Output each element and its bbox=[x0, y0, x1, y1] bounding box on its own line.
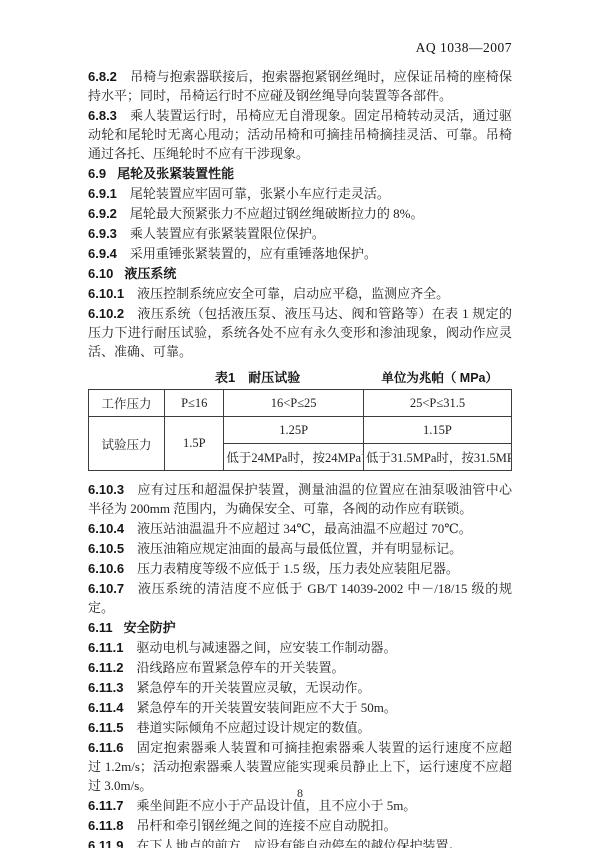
table-cell-work-label: 工作压力 bbox=[89, 390, 165, 417]
clause-paragraph: 6.11.2沿线路应布置紧急停车的开关装置。 bbox=[88, 658, 512, 677]
clause-text: 安全防护 bbox=[124, 620, 176, 635]
clause-number: 6.11.5 bbox=[88, 720, 123, 735]
clause-paragraph: 6.11.3紧急停车的开关装置应灵敏，无误动作。 bbox=[88, 678, 512, 697]
section-heading: 6.9尾轮及张紧装置性能 bbox=[88, 164, 512, 183]
clause-text: 巷道实际倾角不应超过设计规定的数值。 bbox=[136, 720, 370, 735]
clause-number: 6.11.3 bbox=[88, 680, 123, 695]
clause-text: 液压控制系统应安全可靠，启动应平稳，监测应齐全。 bbox=[137, 286, 449, 301]
clause-paragraph: 6.10.5液压油箱应规定油面的最高与最低位置，并有明显标记。 bbox=[88, 539, 512, 558]
clause-number: 6.9 bbox=[88, 166, 106, 181]
table-caption-row: 表1 耐压试验 单位为兆帕（ MPa） bbox=[88, 367, 512, 386]
clause-text: 沿线路应布置紧急停车的开关装置。 bbox=[136, 660, 344, 675]
clause-paragraph: 6.8.2吊椅与抱索器联接后，抱索器抱紧钢丝绳时，应保证吊椅的座椅保持水平；同时… bbox=[88, 67, 512, 105]
clause-number: 6.10.4 bbox=[88, 521, 124, 536]
clause-number: 6.11.8 bbox=[88, 818, 123, 833]
clause-paragraph: 6.11.1驱动电机与减速器之间，应安装工作制动器。 bbox=[88, 638, 512, 657]
table-cell-work-range1: P≤16 bbox=[165, 390, 224, 417]
clause-text: 在下人地点的前方，应设有能自动停车的越位保护装置。 bbox=[136, 838, 461, 848]
clause-number: 6.11.2 bbox=[88, 660, 123, 675]
clause-paragraph: 6.11.4紧急停车的开关装置安装间距应不大于 50m。 bbox=[88, 698, 512, 717]
clause-text: 紧急停车的开关装置安装间距应不大于 50m。 bbox=[136, 700, 396, 715]
clause-text: 液压系统（包括液压泵、液压马达、阀和管路等）在表 1 规定的压力下进行耐压试验，… bbox=[88, 306, 512, 359]
clause-paragraph: 6.10.1液压控制系统应安全可靠，启动应平稳，监测应齐全。 bbox=[88, 284, 512, 303]
clause-number: 6.11.6 bbox=[88, 740, 123, 755]
clause-paragraph: 6.9.1尾轮装置应牢固可靠，张紧小车应行走灵活。 bbox=[88, 184, 512, 203]
clause-number: 6.8.2 bbox=[88, 69, 117, 84]
clause-paragraph: 6.10.7液压系统的清洁度不应低于 GB/T 14039-2002 中－/18… bbox=[88, 579, 512, 617]
clause-number: 6.9.2 bbox=[88, 206, 117, 221]
clause-number: 6.10.6 bbox=[88, 561, 124, 576]
table-row-test-pressure: 试验压力 1.5P 1.25P 1.15P bbox=[89, 417, 512, 444]
document-page: AQ 1038—2007 6.8.2吊椅与抱索器联接后，抱索器抱紧钢丝绳时，应保… bbox=[0, 0, 600, 848]
clause-text: 尾轮装置应牢固可靠，张紧小车应行走灵活。 bbox=[130, 186, 390, 201]
clause-paragraph: 6.11.9在下人地点的前方，应设有能自动停车的越位保护装置。 bbox=[88, 836, 512, 848]
clauses-before-table: 6.8.2吊椅与抱索器联接后，抱索器抱紧钢丝绳时，应保证吊椅的座椅保持水平；同时… bbox=[88, 67, 512, 361]
clause-paragraph: 6.10.3应有过压和超温保护装置，测量油温的位置应在油泵吸油管中心半径为 20… bbox=[88, 480, 512, 518]
document-content: 6.8.2吊椅与抱索器联接后，抱索器抱紧钢丝绳时，应保证吊椅的座椅保持水平；同时… bbox=[88, 66, 512, 848]
clause-number: 6.11.1 bbox=[88, 640, 123, 655]
clause-text: 液压系统 bbox=[124, 266, 176, 281]
clause-number: 6.10.2 bbox=[88, 306, 124, 321]
clause-paragraph: 6.10.6压力表精度等级不应低于 1.5 级，压力表处应装阻尼器。 bbox=[88, 559, 512, 578]
clause-number: 6.10.7 bbox=[88, 581, 124, 596]
clause-text: 液压油箱应规定油面的最高与最低位置，并有明显标记。 bbox=[137, 541, 462, 556]
table-cell-test-label: 试验压力 bbox=[89, 417, 165, 471]
clause-number: 6.11.9 bbox=[88, 838, 123, 848]
clause-text: 紧急停车的开关装置应灵敏，无误动作。 bbox=[136, 680, 370, 695]
clause-text: 吊杆和牵引钢丝绳之间的连接不应自动脱扣。 bbox=[136, 818, 396, 833]
clause-paragraph: 6.9.4采用重锤张紧装置的，应有重锤落地保护。 bbox=[88, 244, 512, 263]
clause-paragraph: 6.10.4液压站油温温升不应超过 34℃，最高油温不应超过 70℃。 bbox=[88, 519, 512, 538]
clause-text: 乘人装置运行时，吊椅应无自滑现象。固定吊椅转动灵活，通过驱动轮和尾轮时无离心甩动… bbox=[88, 108, 512, 161]
section-heading: 6.10液压系统 bbox=[88, 264, 512, 283]
clause-number: 6.10 bbox=[88, 266, 113, 281]
clause-number: 6.9.4 bbox=[88, 246, 117, 261]
table-cell-test-value3: 1.15P bbox=[363, 417, 511, 444]
table-cell-test-value1: 1.5P bbox=[165, 417, 224, 471]
table-cell-work-range3: 25<P≤31.5 bbox=[363, 390, 511, 417]
clause-number: 6.11 bbox=[88, 620, 113, 635]
clause-text: 乘人装置应有张紧装置限位保护。 bbox=[130, 226, 325, 241]
clause-text: 液压站油温温升不应超过 34℃，最高油温不应超过 70℃。 bbox=[137, 521, 472, 536]
table-row-working-pressure: 工作压力 P≤16 16<P≤25 25<P≤31.5 bbox=[89, 390, 512, 417]
clause-number: 6.8.3 bbox=[88, 108, 117, 123]
clause-number: 6.10.1 bbox=[88, 286, 124, 301]
clause-number: 6.11.4 bbox=[88, 700, 123, 715]
clause-paragraph: 6.8.3乘人装置运行时，吊椅应无自滑现象。固定吊椅转动灵活，通过驱动轮和尾轮时… bbox=[88, 106, 512, 163]
clause-text: 应有过压和超温保护装置，测量油温的位置应在油泵吸油管中心半径为 200mm 范围… bbox=[88, 482, 512, 516]
table-unit-label: 单位为兆帕（ MPa） bbox=[381, 368, 512, 386]
table-cell-test-note3: 低于31.5MPa时，按31.5MPa试验 bbox=[363, 444, 511, 471]
clause-text: 压力表精度等级不应低于 1.5 级，压力表处应装阻尼器。 bbox=[137, 561, 459, 576]
table-cell-test-note2: 低于24MPa时，按24MPa试验 bbox=[224, 444, 364, 471]
clause-paragraph: 6.11.8吊杆和牵引钢丝绳之间的连接不应自动脱扣。 bbox=[88, 816, 512, 835]
clause-paragraph: 6.9.2尾轮最大预紧张力不应超过钢丝绳破断拉力的 8%。 bbox=[88, 204, 512, 223]
pressure-test-table: 工作压力 P≤16 16<P≤25 25<P≤31.5 试验压力 1.5P 1.… bbox=[88, 389, 512, 471]
clause-text: 尾轮最大预紧张力不应超过钢丝绳破断拉力的 8%。 bbox=[130, 206, 424, 221]
clause-number: 6.10.5 bbox=[88, 541, 124, 556]
clause-number: 6.10.3 bbox=[88, 482, 124, 497]
clause-text: 尾轮及张紧装置性能 bbox=[117, 166, 234, 181]
clause-text: 液压系统的清洁度不应低于 GB/T 14039-2002 中－/18/15 级的… bbox=[88, 581, 512, 615]
table-cell-work-range2: 16<P≤25 bbox=[224, 390, 364, 417]
doc-number: AQ 1038—2007 bbox=[416, 40, 512, 56]
clause-text: 驱动电机与减速器之间，应安装工作制动器。 bbox=[136, 640, 396, 655]
clause-paragraph: 6.11.5巷道实际倾角不应超过设计规定的数值。 bbox=[88, 718, 512, 737]
clause-text: 采用重锤张紧装置的，应有重锤落地保护。 bbox=[130, 246, 377, 261]
table-caption: 表1 耐压试验 bbox=[88, 367, 381, 386]
clause-text: 吊椅与抱索器联接后，抱索器抱紧钢丝绳时，应保证吊椅的座椅保持水平；同时，吊椅运行… bbox=[88, 69, 512, 103]
table-cell-test-value2: 1.25P bbox=[224, 417, 364, 444]
page-number: 8 bbox=[0, 786, 600, 801]
clause-paragraph: 6.9.3乘人装置应有张紧装置限位保护。 bbox=[88, 224, 512, 243]
clause-paragraph: 6.10.2液压系统（包括液压泵、液压马达、阀和管路等）在表 1 规定的压力下进… bbox=[88, 304, 512, 361]
clause-number: 6.9.3 bbox=[88, 226, 117, 241]
clause-number: 6.9.1 bbox=[88, 186, 117, 201]
section-heading: 6.11安全防护 bbox=[88, 618, 512, 637]
